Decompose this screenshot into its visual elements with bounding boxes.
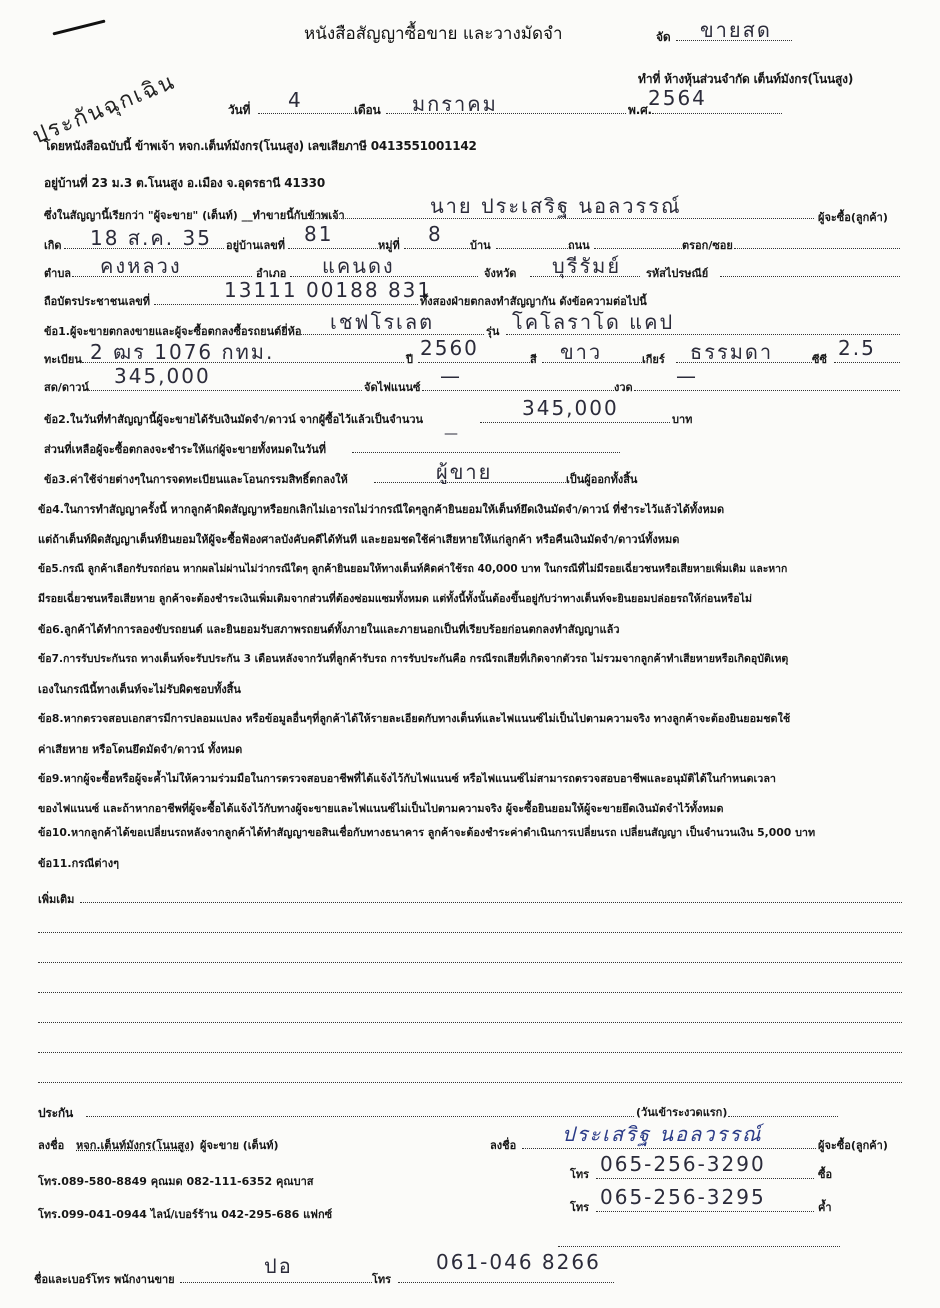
buyer-name-value[interactable]: นาย ประเสริฐ นอลวรรณ์: [430, 190, 682, 222]
blank-note-line[interactable]: [38, 962, 902, 963]
year-value[interactable]: 2560: [420, 336, 479, 360]
category-value[interactable]: ขายสด: [700, 14, 772, 46]
clause-line: ข้อ9.หากผู้จะซื้อหรือผู้จะค้ำไม่ให้ความร…: [38, 770, 776, 787]
id-label: ถือบัตรประชาชนเลขที่: [44, 292, 150, 310]
subdistrict-label: ตำบล: [44, 264, 71, 282]
clause-2-label: ข้อ2.ในวันที่ทำสัญญานี้ผู้จะขายได้รับเงิ…: [44, 410, 423, 428]
clause-line: ข้อ4.ในการทำสัญญาครั้งนี้ หากลูกค้าผิดสั…: [38, 500, 724, 518]
gear-label: เกียร์: [642, 350, 665, 368]
document-title: หนังสือสัญญาซื้อขาย และวางมัดจำ: [304, 20, 563, 47]
seller-sign-label: ลงชื่อ: [38, 1136, 64, 1154]
buyer-signature[interactable]: ประเสริฐ นอลวรรณ์: [562, 1118, 763, 1150]
additional-label: เพิ่มเติม: [38, 890, 74, 908]
guarantor-phone-value[interactable]: 065-256-3295: [600, 1185, 766, 1209]
date-month-value[interactable]: มกราคม: [412, 88, 498, 120]
seller-address: อยู่บ้านที่ 23 ม.3 ต.โนนสูง อ.เมือง จ.อุ…: [44, 174, 325, 193]
salesperson-phone-label: โทร: [372, 1270, 391, 1288]
finance-label: จัดไฟแนนซ์: [364, 378, 421, 396]
warranty-label: ประกัน: [38, 1104, 73, 1123]
color-value[interactable]: ขาว: [560, 336, 602, 368]
buyer-role: ผู้จะซื้อ(ลูกค้า): [818, 1136, 888, 1154]
clause-3-value[interactable]: ผู้ขาย: [436, 456, 492, 488]
year-label: ปี: [406, 350, 413, 368]
salesperson-phone-value[interactable]: 061-046 8266: [436, 1250, 601, 1274]
clause-line: ข้อ5.กรณี ลูกค้าเลือกรับรถก่อน หากผลไม่ผ…: [38, 560, 787, 577]
soi-label: ตรอก/ซอย: [682, 236, 733, 254]
pen-stroke-mark: [52, 20, 105, 36]
model-label: รุ่น: [486, 322, 499, 340]
buyer-sign-label: ลงชื่อ: [490, 1136, 516, 1154]
clause-3-tail: เป็นผู้ออกทั้งสิ้น: [566, 470, 637, 488]
color-label: สี: [530, 350, 537, 368]
clause-line: ข้อ11.กรณีต่างๆ: [38, 854, 119, 872]
blank-note-line[interactable]: [38, 1052, 902, 1053]
blank-note-line[interactable]: [38, 1022, 902, 1023]
blank-note-line[interactable]: [38, 932, 902, 933]
gear-value[interactable]: ธรรมดา: [690, 336, 773, 368]
guarantor-phone-suffix: ค้ำ: [818, 1198, 832, 1216]
buyer-phone-suffix: ซื้อ: [818, 1165, 832, 1183]
date-year-value[interactable]: 2564: [648, 86, 707, 110]
seller-intro: โดยหนังสือฉบับนี้ ข้าพเจ้า หจก.เต็นท์มัง…: [44, 137, 477, 156]
category-label: จัด: [656, 28, 670, 47]
clause-line: ข้อ8.หากตรวจสอบเอกสารมีการปลอมแปลง หรือข…: [38, 710, 790, 727]
moo-value[interactable]: 8: [428, 222, 443, 246]
brand-value[interactable]: เชฟโรเลต: [330, 306, 434, 338]
clause-line: ค่าเสียหาย หรือโดนยึดมัดจำ/ดาวน์ ทั้งหมด: [38, 740, 242, 758]
clause-line: มีรอยเฉี่ยวชนหรือเสียหาย ลูกค้าจะต้องชำร…: [38, 590, 752, 607]
clause-line: แต่ถ้าเต็นท์ผิดสัญญาเต็นท์ยินยอมให้ผู้จะ…: [38, 530, 679, 548]
price-value[interactable]: 345,000: [114, 364, 211, 388]
date-month-label: เดือน: [354, 101, 381, 120]
finance-value[interactable]: —: [440, 364, 462, 388]
date-day-label: วันที่: [228, 101, 250, 120]
clause-line: ข้อ6.ลูกค้าได้ทำการลองขับรถยนต์ และยินยอ…: [38, 620, 620, 638]
house-no-value[interactable]: 81: [304, 222, 333, 246]
installment-value[interactable]: —: [676, 364, 698, 388]
seller-sign-name: หจก.เต็นท์มังกร(โนนสูง): [76, 1136, 195, 1154]
subdistrict-value[interactable]: คงหลวง: [100, 250, 182, 282]
seller-phone-2: โทร.099-041-0944 ไลน์/เบอร์ร้าน 042-295-…: [38, 1205, 332, 1223]
clause-2-amount[interactable]: 345,000: [522, 396, 619, 420]
clause-2-remain-label: ส่วนที่เหลือผู้จะซื้อตกลงจะชำระให้แก่ผู้…: [44, 440, 326, 458]
clause-2-unit: บาท: [672, 410, 692, 428]
clause-3-label: ข้อ3.ค่าใช้จ่ายต่างๆในการจดทะเบียนและโอน…: [44, 470, 348, 488]
id-number-value[interactable]: 13111 00188 831: [224, 278, 432, 302]
cc-value[interactable]: 2.5: [838, 336, 876, 360]
clause-line: ข้อ7.การรับประกันรถ ทางเต็นท์จะรับประกัน…: [38, 650, 788, 667]
clause-line: ของไฟแนนซ์ และถ้าหากอาชีพที่ผู้จะซื้อได้…: [38, 800, 724, 817]
seller-role: ผู้จะขาย (เต็นท์): [200, 1136, 279, 1154]
seller-phone-1: โทร.089-580-8849 คุณมด 082-111-6352 คุณบ…: [38, 1172, 313, 1190]
salesperson-name[interactable]: ปอ: [264, 1250, 293, 1282]
buyer-role-label: ผู้จะซื้อ(ลูกค้า): [818, 208, 888, 226]
clause-line: ข้อ10.หากลูกค้าได้ขอเปลี่ยนรถหลังจากลูกค…: [38, 824, 815, 841]
plate-label: ทะเบียน: [44, 350, 82, 368]
buyer-phone-value[interactable]: 065-256-3290: [600, 1152, 766, 1176]
contract-page: ประกันฉุกเฉิน หนังสือสัญญาซื้อขาย และวาง…: [0, 0, 940, 1308]
price-label: สด/ดาวน์: [44, 378, 89, 396]
buyer-phone-label: โทร: [570, 1165, 589, 1183]
blank-note-line[interactable]: [38, 1082, 902, 1083]
model-value[interactable]: โคโลราโด แคป: [512, 306, 674, 338]
date-day-value[interactable]: 4: [288, 88, 303, 112]
province-label: จังหวัด: [484, 264, 516, 282]
postcode-label: รหัสไปรษณีย์: [646, 264, 708, 282]
clause-2-remain-value[interactable]: —: [444, 426, 460, 442]
salesperson-label: ชื่อและเบอร์โทร พนักงานขาย: [34, 1270, 175, 1288]
province-value[interactable]: บุรีรัมย์: [552, 250, 621, 282]
installment-label: งวด: [614, 378, 633, 396]
house-no-label: อยู่บ้านเลขที่: [226, 236, 285, 254]
clause-line: เองในกรณีนี้ทางเต็นท์จะไม่รับผิดชอบทั้งส…: [38, 680, 241, 698]
village-label: บ้าน: [470, 236, 491, 254]
guarantor-phone-label: โทร: [570, 1198, 589, 1216]
blank-note-line[interactable]: [38, 992, 902, 993]
born-label: เกิด: [44, 236, 62, 254]
cc-label: ซีซี: [812, 350, 827, 368]
